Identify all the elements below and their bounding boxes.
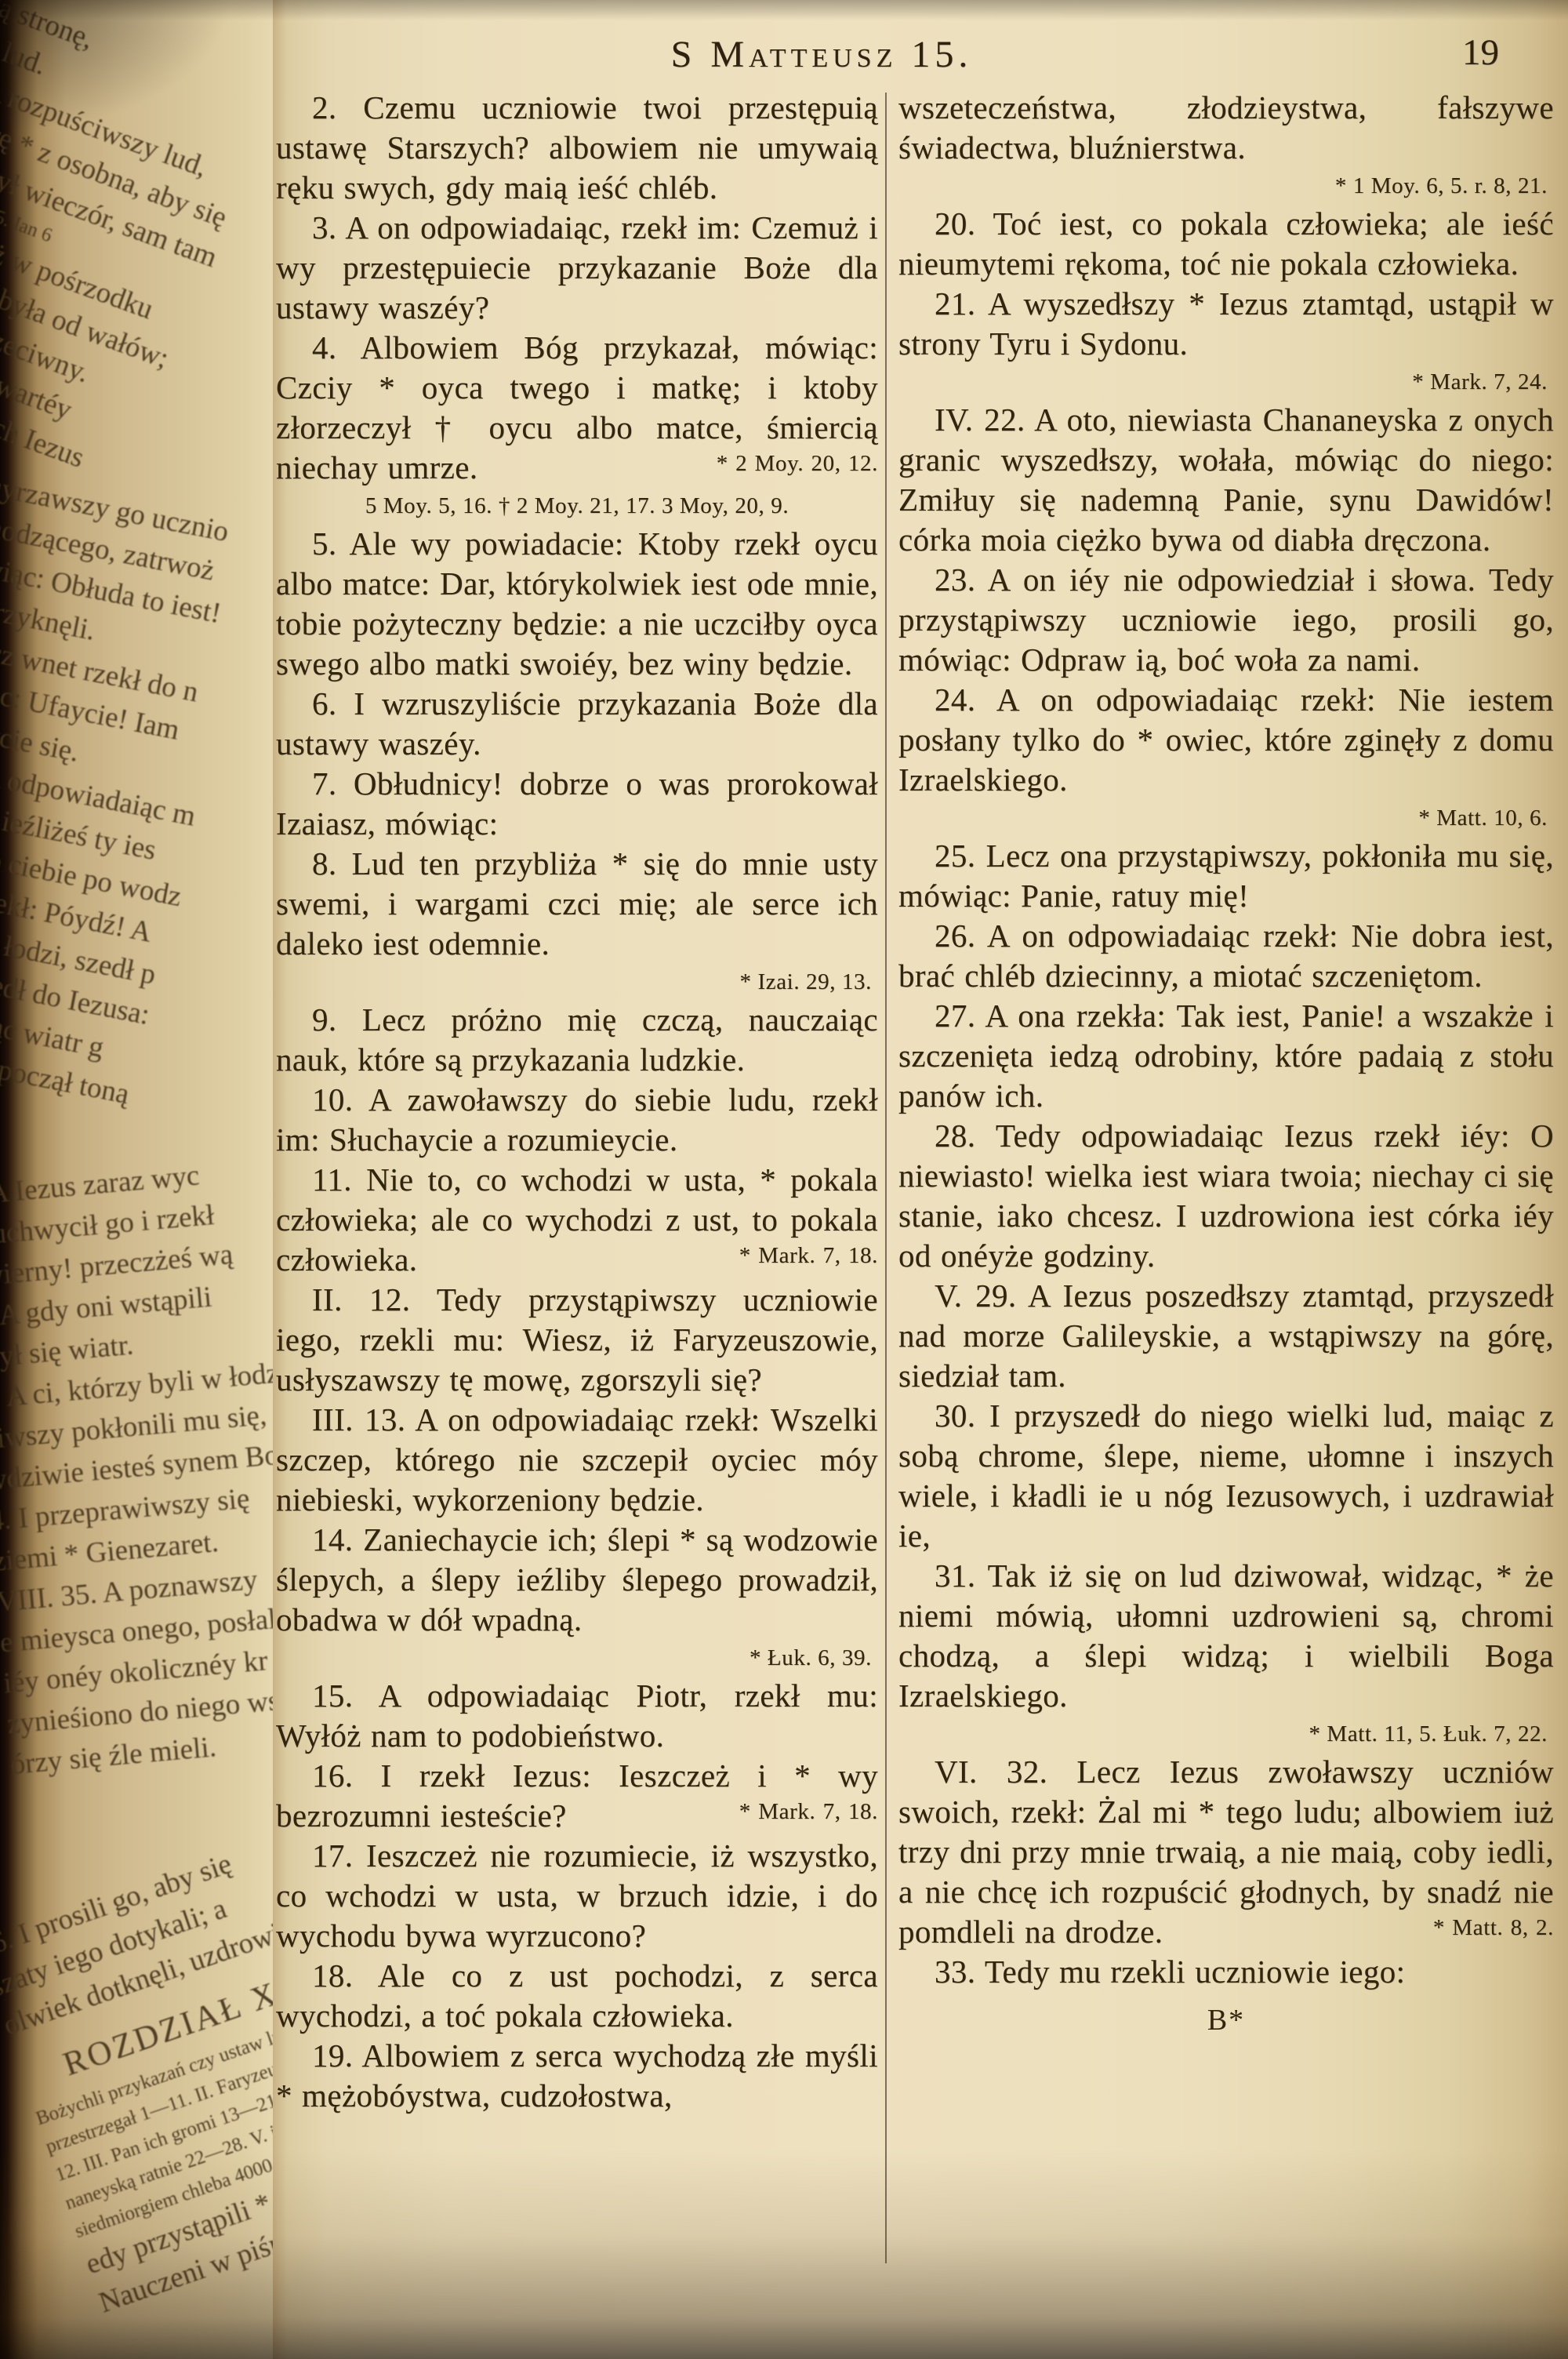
footnote-ref: * Matt. 11, 5. Łuk. 7, 22. [898, 1716, 1554, 1752]
verse: 14. Zaniechaycie ich; ślepi * są wodzowi… [276, 1520, 878, 1640]
verse: 33. Tedy mu rzekli uczniowie iego: [898, 1952, 1554, 1992]
text: II. 12. Tedy przystąpiwszy uczniowie ieg… [276, 1281, 878, 1398]
verse: 26. A on odpowiadaiąc rzekł: Nie dobra i… [898, 916, 1554, 996]
signature-mark: B* [898, 1992, 1554, 2048]
text: 31. Tak iż się on lud dziwował, widząc, … [898, 1558, 1554, 1714]
footnote-ref: * Mark. 7, 24. [898, 364, 1554, 400]
footnote-ref: * 2 Moy. 20, 12. [681, 444, 878, 484]
text: 33. Tedy mu rzekli uczniowie iego: [935, 1954, 1405, 1990]
verse: V. 29. A Iezus poszedłszy ztamtąd, przys… [898, 1276, 1554, 1396]
previous-page-edge: ugą stronę,ścił lud.23. A rozpuściwszy l… [0, 0, 273, 2359]
footnote-ref: * Łuk. 6, 39. [276, 1640, 878, 1676]
text: 26. A on odpowiadaiąc rzekł: Nie dobra i… [898, 918, 1554, 994]
right-column: wszeteczeństwa, złodzieystwa, fałszywe ś… [898, 88, 1554, 2048]
prev-page-text-block-bottom: 36. I prosili go, aby sięszaty iego doty… [0, 1778, 273, 2324]
footnote-ref: * Mark. 7, 18. [703, 1236, 878, 1276]
text: III. 13. A on odpowiadaiąc rzekł: Wszelk… [276, 1401, 878, 1518]
running-title: S Matteusz 15. [516, 33, 1127, 76]
text: 24. A on odpowiadaiąc rzekł: Nie iestem … [898, 682, 1554, 798]
text: 23. A on iéy nie odpowiedział i słowa. T… [898, 562, 1554, 678]
verse: 4. Albowiem Bóg przykazał, mówiąc: Czciy… [276, 328, 878, 488]
verse: 7. Obłudnicy! dobrze o was prorokował Iz… [276, 764, 878, 844]
verse: III. 13. A on odpowiadaiąc rzekł: Wszelk… [276, 1400, 878, 1520]
left-column: 2. Czemu uczniowie twoi przestępuią usta… [276, 88, 878, 2116]
text: V. 29. A Iezus poszedłszy ztamtąd, przys… [898, 1278, 1554, 1394]
verse: IV. 22. A oto, niewiasta Chananeyska z o… [898, 400, 1554, 560]
verse: 21. A wyszedłszy * Iezus ztamtąd, ustąpi… [898, 284, 1554, 364]
text: * Matt. 11, 5. Łuk. 7, 22. [1308, 1721, 1548, 1747]
text: * Mark. 7, 24. [1412, 369, 1548, 394]
text: B* [1207, 2004, 1245, 2037]
text: 27. A ona rzekła: Tak iest, Panie! a wsz… [898, 998, 1554, 1114]
verse: II. 12. Tedy przystąpiwszy uczniowie ieg… [276, 1280, 878, 1400]
verse: 24. A on odpowiadaiąc rzekł: Nie iestem … [898, 680, 1554, 800]
text: IV. 22. A oto, niewiasta Chananeyska z o… [898, 402, 1554, 558]
verse: 10. A zawoławszy do siebie ludu, rzekł i… [276, 1080, 878, 1160]
text: 3. A on odpowiadaiąc, rzekł im: Czemuż i… [276, 209, 878, 325]
verse: 11. Nie to, co wchodzi w usta, * pokala … [276, 1160, 878, 1280]
text: 15. A odpowiadaiąc Piotr, rzekł mu: Wyłó… [276, 1677, 878, 1754]
verse: 18. Ale co z ust pochodzi, z serca wycho… [276, 1956, 878, 2036]
text: 8. Lud ten przybliża * się do mnie usty … [276, 845, 878, 961]
page-number: 19 [1462, 31, 1499, 74]
verse: 15. A odpowiadaiąc Piotr, rzekł mu: Wyłó… [276, 1676, 878, 1756]
text: 17. Ieszczeż nie rozumiecie, iż wszystko… [276, 1837, 878, 1954]
footnote-ref: * Izai. 29, 13. [276, 964, 878, 1000]
verse: VI. 32. Lecz Iezus zwoławszy uczniów swo… [898, 1752, 1554, 1952]
main-page: S Matteusz 15. 19 2. Czemu uczniowie two… [273, 0, 1568, 2359]
verse: 30. I przyszedł do niego wielki lud, mai… [898, 1396, 1554, 1556]
prev-page-text-block-lower: 1. A Iezus zaraz wycę, uchwycił go i rze… [0, 1136, 273, 1786]
text: 18. Ale co z ust pochodzi, z serca wycho… [276, 1957, 878, 2034]
verse: 16. I rzekł Iezus: Ieszczeż i * wy bezro… [276, 1756, 878, 1836]
verse: 17. Ieszczeż nie rozumiecie, iż wszystko… [276, 1836, 878, 1956]
text: * Matt. 10, 6. [1418, 805, 1548, 831]
verse: 9. Lecz próżno mię czczą, nauczaiąc nauk… [276, 1000, 878, 1080]
verse: 20. Toć iest, co pokala człowieka; ale i… [898, 204, 1554, 284]
text: * Łuk. 6, 39. [750, 1645, 872, 1670]
verse: 19. Albowiem z serca wychodzą złe myśli … [276, 2036, 878, 2116]
verse: 31. Tak iż się on lud dziwował, widząc, … [898, 1556, 1554, 1716]
verse: wszeteczeństwa, złodzieystwa, fałszywe ś… [898, 88, 1554, 168]
text: 28. Tedy odpowiadaiąc Iezus rzekł iéy: O… [898, 1118, 1554, 1274]
text: * Izai. 29, 13. [740, 969, 872, 994]
text: 19. Albowiem z serca wychodzą złe myśli … [276, 2037, 878, 2114]
column-divider [885, 93, 887, 2263]
verse: 5. Ale wy powiadacie: Ktoby rzekł oycu a… [276, 524, 878, 684]
text: wszeteczeństwa, złodzieystwa, fałszywe ś… [898, 89, 1554, 165]
text: 10. A zawoławszy do siebie ludu, rzekł i… [276, 1081, 878, 1158]
verse: 25. Lecz ona przystąpiwszy, pokłoniła mu… [898, 836, 1554, 916]
text: 20. Toć iest, co pokala człowieka; ale i… [898, 205, 1554, 282]
text: * 1 Moy. 6, 5. r. 8, 21. [1335, 173, 1548, 198]
text: 5 Moy. 5, 16. † 2 Moy. 21, 17. 3 Moy, 20… [365, 493, 789, 518]
text: 9. Lecz próżno mię czczą, nauczaiąc nauk… [276, 1001, 878, 1078]
footnote-ref: * Matt. 10, 6. [898, 800, 1554, 836]
verse: 3. A on odpowiadaiąc, rzekł im: Czemuż i… [276, 208, 878, 328]
footnote-ref: * 1 Moy. 6, 5. r. 8, 21. [898, 168, 1554, 204]
text: 5. Ale wy powiadacie: Ktoby rzekł oycu a… [276, 525, 878, 682]
text: 6. I wzruszyliście przykazania Boże dla … [276, 685, 878, 761]
scanned-book-page-photo: ugą stronę,ścił lud.23. A rozpuściwszy l… [0, 0, 1568, 2359]
verse: 23. A on iéy nie odpowiedział i słowa. T… [898, 560, 1554, 680]
verse: 28. Tedy odpowiadaiąc Iezus rzekł iéy: O… [898, 1116, 1554, 1276]
verse: 8. Lud ten przybliża * się do mnie usty … [276, 844, 878, 964]
verse: 2. Czemu uczniowie twoi przestępuią usta… [276, 88, 878, 208]
text: 7. Obłudnicy! dobrze o was prorokował Iz… [276, 765, 878, 841]
text: 21. A wyszedłszy * Iezus ztamtąd, ustąpi… [898, 285, 1554, 362]
footnote-ref: 5 Moy. 5, 16. † 2 Moy. 21, 17. 3 Moy, 20… [276, 488, 878, 524]
footnote-ref: * Mark. 7, 18. [703, 1792, 878, 1832]
prev-page-text-block-middle: A uyrzawszy go uczniou chodzącego, zatrw… [0, 461, 273, 1151]
text: 30. I przyszedł do niego wielki lud, mai… [898, 1398, 1554, 1554]
text: 14. Zaniechaycie ich; ślepi * są wodzowi… [276, 1521, 878, 1637]
text: 25. Lecz ona przystąpiwszy, pokłoniła mu… [898, 838, 1554, 914]
text: 2. Czemu uczniowie twoi przestępuią usta… [276, 89, 878, 205]
verse: 27. A ona rzekła: Tak iest, Panie! a wsz… [898, 996, 1554, 1116]
footnote-ref: * Matt. 8, 2. [1397, 1908, 1554, 1948]
verse: 6. I wzruszyliście przykazania Boże dla … [276, 684, 878, 764]
